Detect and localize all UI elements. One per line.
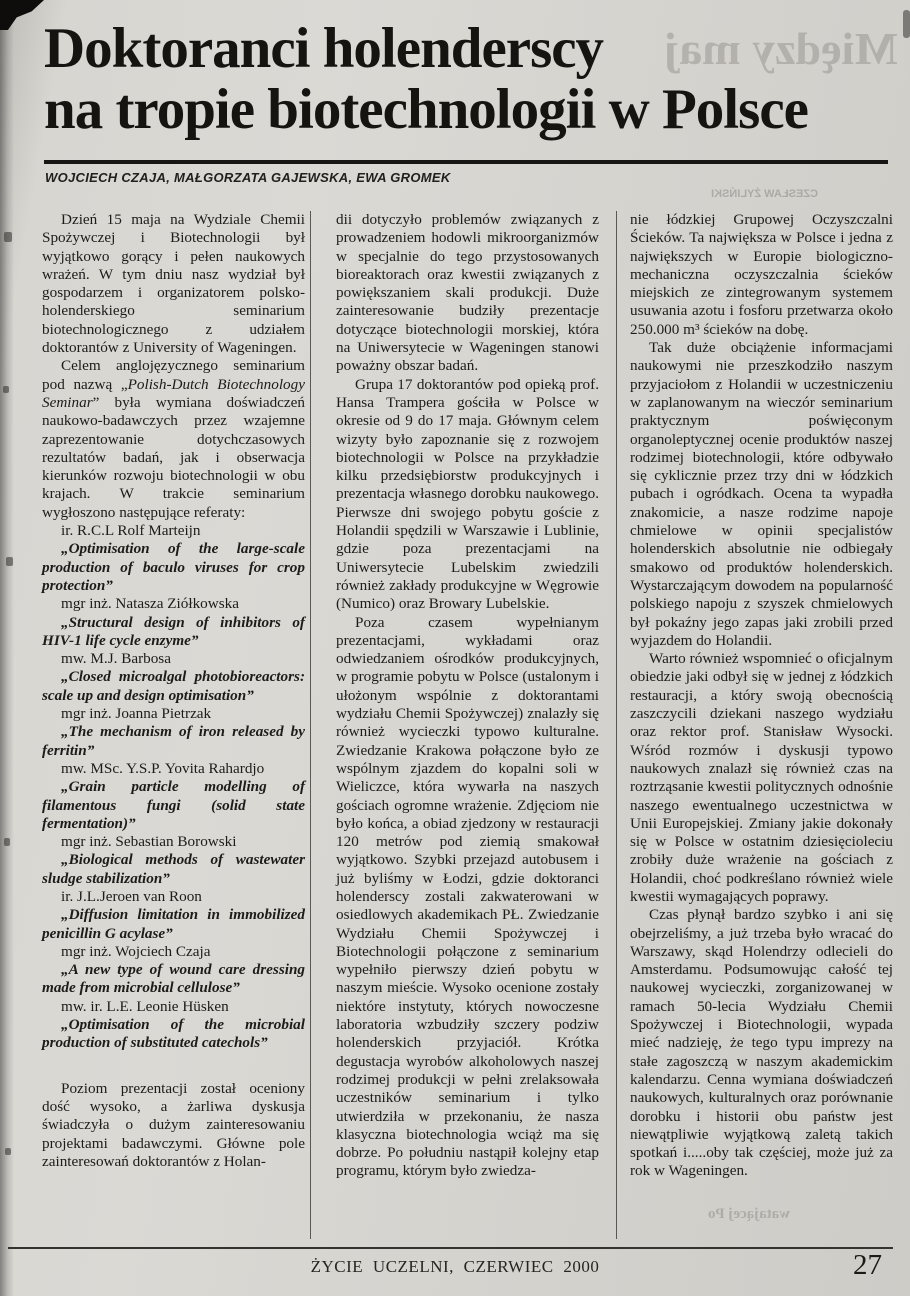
talk-title: „Optimisation of the large-scale product…	[42, 540, 305, 595]
article-title-line2: na tropie biotechnologii w Polsce	[44, 78, 808, 141]
scan-speck	[6, 557, 13, 566]
speaker-name: mw. MSc. Y.S.P. Yovita Rahardjo	[42, 760, 305, 778]
speaker-name: mgr inż. Sebastian Borowski	[42, 833, 305, 851]
talk-title: „Optimisation of the microbial productio…	[42, 1016, 305, 1053]
scanned-article-page: Między maj CZESŁAW ŻYLIŃSKI watającej Po…	[0, 0, 910, 1296]
talk-title: „Diffusion limitation in immobilized pen…	[42, 906, 305, 943]
speaker-name: mgr inż. Joanna Pietrzak	[42, 705, 305, 723]
scan-speck	[5, 1148, 11, 1155]
speaker-name: mw. ir. L.E. Leonie Hüsken	[42, 998, 305, 1016]
page-number: 27	[853, 1249, 882, 1282]
column-2: dii dotyczyło problemów związanych z pro…	[336, 211, 599, 1181]
title-divider	[44, 160, 888, 164]
paragraph: Tak duże obciążenie informacjami naukowy…	[630, 339, 893, 650]
scan-speck	[3, 386, 9, 393]
column-divider	[616, 211, 617, 1239]
speaker-name: mgr inż. Natasza Ziółkowska	[42, 595, 305, 613]
paragraph: Grupa 17 doktorantów pod opieką prof. Ha…	[336, 376, 599, 614]
scan-corner-mark	[903, 10, 910, 38]
paragraph: nie łódzkiej Grupowej Oczyszczalni Ściek…	[630, 211, 893, 339]
talk-title: „Structural design of inhibitors of HIV-…	[42, 614, 305, 651]
paragraph: Dzień 15 maja na Wydziale Chemii Spożywc…	[42, 211, 305, 357]
talk-title: „Closed microalgal photobioreactors: sca…	[42, 668, 305, 705]
paragraph: Warto również wspomnieć o oficjalnym obi…	[630, 650, 893, 906]
journal-footer: ŻYCIE UCZELNI, CZERWIEC 2000	[0, 1257, 910, 1277]
scan-speck	[4, 838, 10, 846]
column-divider	[310, 211, 311, 1239]
showthrough-byline: CZESŁAW ŻYLIŃSKI	[711, 188, 818, 200]
article-title-line1: Doktoranci holenderscy	[44, 17, 603, 80]
column-1: Dzień 15 maja na Wydziale Chemii Spożywc…	[42, 211, 305, 1181]
article-body: Dzień 15 maja na Wydziale Chemii Spożywc…	[42, 211, 893, 1181]
article-authors: WOJCIECH CZAJA, MAŁGORZATA GAJEWSKA, EWA…	[45, 170, 845, 185]
speaker-name: mw. M.J. Barbosa	[42, 650, 305, 668]
paragraph: Celem anglojęzycznego seminarium pod naz…	[42, 357, 305, 522]
scan-corner-mark	[0, 0, 44, 30]
paragraph: dii dotyczyło problemów związanych z pro…	[336, 211, 599, 376]
talk-title: „Grain particle modelling of filamentous…	[42, 778, 305, 833]
speaker-name: ir. J.L.Jeroen van Roon	[42, 888, 305, 906]
talk-title: „A new type of wound care dressing made …	[42, 961, 305, 998]
footer-divider	[8, 1247, 893, 1249]
column-3: nie łódzkiej Grupowej Oczyszczalni Ściek…	[630, 211, 893, 1181]
talk-title: „Biological methods of wastewater sludge…	[42, 851, 305, 888]
paragraph: Poziom prezentacji został oceniony dość …	[42, 1080, 305, 1171]
speaker-name: ir. R.C.L Rolf Marteijn	[42, 522, 305, 540]
paragraph: Czas płynął bardzo szybko i ani się obej…	[630, 906, 893, 1180]
article-title: Doktoranci holenderscyna tropie biotechn…	[44, 18, 890, 140]
talk-title: „The mechanism of iron released by ferri…	[42, 723, 305, 760]
scan-edge-shadow	[0, 0, 14, 1296]
showthrough-fragment: watającej Po	[708, 1206, 790, 1223]
scan-speck	[4, 232, 12, 242]
text-segment: ” była wymiana doświadczeń naukowo-badaw…	[42, 394, 305, 521]
speaker-name: mgr inż. Wojciech Czaja	[42, 943, 305, 961]
paragraph: Poza czasem wypełnianym prezentacjami, w…	[336, 614, 599, 1181]
